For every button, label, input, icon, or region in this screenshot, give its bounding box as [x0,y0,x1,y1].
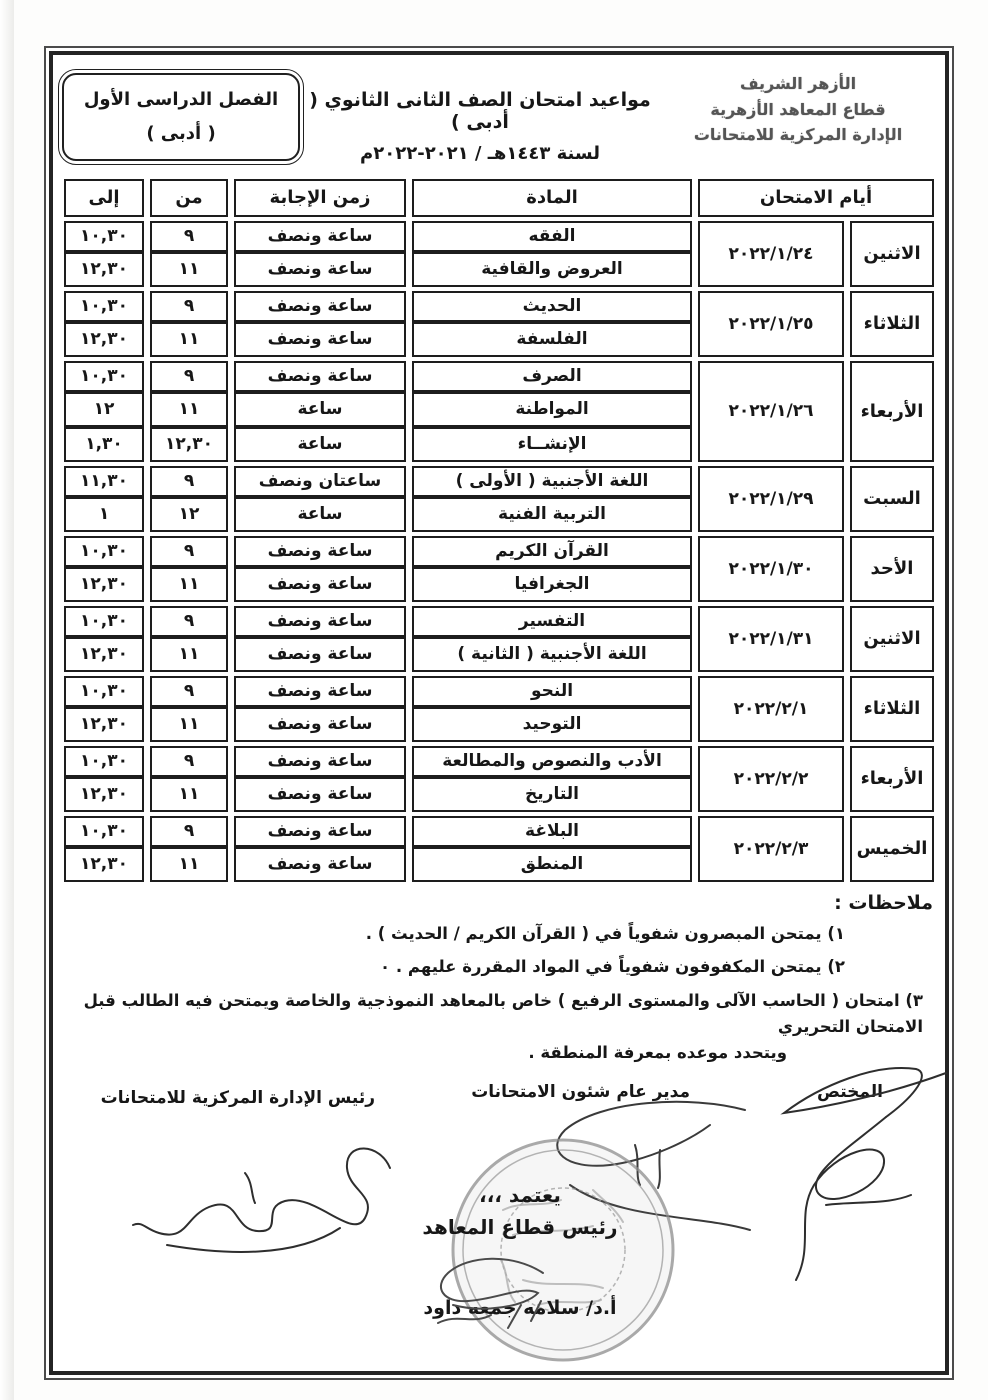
duration-cell: ساعة ونصف [234,816,406,847]
exam-day-cell: الثلاثاء [850,676,934,742]
exam-row: الإنشــاءساعة١٢,٣٠١,٣٠ [61,429,695,464]
subject-column: الحديث [409,289,695,324]
exam-subject-rows: البلاغةساعة ونصف٩١٠,٣٠المنطقساعة ونصف١١١… [61,814,695,884]
to-time-cell: ١٢,٣٠ [64,252,144,287]
to-time-cell: ١٢ [64,392,144,427]
duration-cell: ساعة ونصف [234,567,406,602]
exam-subject-rows: القرآن الكريمساعة ونصف٩١٠,٣٠الجغرافياساع… [61,534,695,604]
exam-row: البلاغةساعة ونصف٩١٠,٣٠ [61,814,695,849]
from-time-cell: ١١ [150,567,228,602]
semester-box: الفصل الدراسى الأول ( أدبى ) [62,73,300,161]
central-admin-head-signature [125,1133,405,1268]
exam-row: اللغة الأجنبية ( الثانية )ساعة ونصف١١١٢,… [61,639,695,674]
to-column: ١٠,٣٠ [61,359,147,394]
duration-cell: ساعة ونصف [234,221,406,252]
to-time-cell: ١٢,٣٠ [64,567,144,602]
exam-day-group: الخميس٢٠٢٢/٢/٣البلاغةساعة ونصف٩١٠,٣٠المن… [61,814,937,884]
to-column: ١٠,٣٠ [61,604,147,639]
to-column: ١٢,٣٠ [61,709,147,744]
exam-date-column: ٢٠٢٢/٢/٣ [695,814,847,884]
exam-row: الأدب والنصوص والمطالعةساعة ونصف٩١٠,٣٠ [61,744,695,779]
exam-date-column: ٢٠٢٢/١/٣١ [695,604,847,674]
to-column: ١٠,٣٠ [61,744,147,779]
duration-column: ساعة ونصف [231,254,409,289]
notes-heading: ملاحظات : [61,892,933,914]
from-time-cell: ١١ [150,847,228,882]
exam-day-group: الأربعاء٢٠٢٢/٢/٢الأدب والنصوص والمطالعةس… [61,744,937,814]
exam-row: الحديثساعة ونصف٩١٠,٣٠ [61,289,695,324]
from-column: ١١ [147,709,231,744]
exam-row: التربية الفنيةساعة١٢١ [61,499,695,534]
from-column: ٩ [147,289,231,324]
duration-cell: ساعة ونصف [234,252,406,287]
subject-column: التفسير [409,604,695,639]
duration-cell: ساعة [234,392,406,427]
to-column: ١٢,٣٠ [61,849,147,884]
exam-day-column: الاثنين [847,219,937,289]
exam-row: التوحيدساعة ونصف١١١٢,٣٠ [61,709,695,744]
to-column: ١٢,٣٠ [61,324,147,359]
to-time-cell: ١٠,٣٠ [64,221,144,252]
exams-director-label: مدير عام شئون الامتحانات [471,1082,690,1102]
exam-day-column: الثلاثاء [847,289,937,359]
exam-date-cell: ٢٠٢٢/٢/١ [698,676,844,742]
from-time-cell: ١١ [150,252,228,287]
to-column: ١٠,٣٠ [61,534,147,569]
document-inner-border: الأزهر الشريف قطاع المعاهد الأزهرية الإد… [49,51,949,1375]
to-time-cell: ١٠,٣٠ [64,816,144,847]
from-column: ١١ [147,324,231,359]
note-3-line-1: ٣) امتحان ( الحاسب الآلى والمستوى الرفيع… [61,988,923,1041]
table-header-row: أيام الامتحان المادة زمن الإجابة من إلى [61,177,937,219]
header-from: من [150,179,228,217]
org-line-3: الإدارة المركزية للامتحانات [659,122,937,148]
header-to: إلى [64,179,144,217]
document-outer-border: الأزهر الشريف قطاع المعاهد الأزهرية الإد… [44,46,954,1380]
exam-row: اللغة الأجنبية ( الأولى )ساعتان ونصف٩١١,… [61,464,695,499]
subject-cell: النحو [412,676,692,707]
header-duration: زمن الإجابة [234,179,406,217]
duration-column: ساعة ونصف [231,604,409,639]
subject-column: النحو [409,674,695,709]
duration-cell: ساعة ونصف [234,606,406,637]
from-time-cell: ٩ [150,221,228,252]
subject-cell: اللغة الأجنبية ( الأولى ) [412,466,692,497]
duration-column: ساعة ونصف [231,849,409,884]
exam-subject-rows: اللغة الأجنبية ( الأولى )ساعتان ونصف٩١١,… [61,464,695,534]
to-time-cell: ١٠,٣٠ [64,746,144,777]
exam-date-column: ٢٠٢٢/١/٢٦ [695,359,847,464]
duration-column: ساعة ونصف [231,289,409,324]
duration-cell: ساعة ونصف [234,676,406,707]
central-admin-head-label: رئيس الإدارة المركزية للامتحانات [101,1088,375,1108]
subject-column: العروض والقافية [409,254,695,289]
subject-column: الفقه [409,219,695,254]
subject-column: الأدب والنصوص والمطالعة [409,744,695,779]
to-column: ١٠,٣٠ [61,289,147,324]
duration-cell: ساعتان ونصف [234,466,406,497]
from-column: ٩ [147,359,231,394]
exam-day-group: الاثنين٢٠٢٢/١/٢٤الفقهساعة ونصف٩١٠,٣٠العر… [61,219,937,289]
duration-column: ساعة [231,499,409,534]
to-time-cell: ١٢,٣٠ [64,637,144,672]
duration-column: ساعة ونصف [231,219,409,254]
subject-column: المواطنة [409,394,695,429]
exam-date-cell: ٢٠٢٢/١/٢٦ [698,361,844,462]
exam-table-body: الاثنين٢٠٢٢/١/٢٤الفقهساعة ونصف٩١٠,٣٠العر… [61,219,937,884]
title-line-1: مواعيد امتحان الصف الثانى الثانوي ( أدبى… [301,89,659,133]
to-column: ١٠,٣٠ [61,814,147,849]
exam-day-column: الاثنين [847,604,937,674]
exam-row: التفسيرساعة ونصف٩١٠,٣٠ [61,604,695,639]
duration-column: ساعة ونصف [231,569,409,604]
exam-day-cell: الأربعاء [850,746,934,812]
duration-column: ساعة ونصف [231,324,409,359]
exam-row: الصرفساعة ونصف٩١٠,٣٠ [61,359,695,394]
exam-row: الجغرافياساعة ونصف١١١٢,٣٠ [61,569,695,604]
notes-section: ملاحظات : ١) يمتحن المبصرون شفوياً في ( … [61,892,937,1062]
exam-date-column: ٢٠٢٢/١/٢٩ [695,464,847,534]
to-time-cell: ١٠,٣٠ [64,676,144,707]
subject-column: اللغة الأجنبية ( الأولى ) [409,464,695,499]
from-column: ٩ [147,534,231,569]
exam-day-column: الأربعاء [847,359,937,464]
exam-day-cell: الأربعاء [850,361,934,462]
subject-column: التاريخ [409,779,695,814]
subject-cell: المواطنة [412,392,692,427]
subject-cell: المنطق [412,847,692,882]
exam-date-column: ٢٠٢٢/٢/١ [695,674,847,744]
exam-subject-rows: الصرفساعة ونصف٩١٠,٣٠المواطنةساعة١١١٢الإن… [61,359,695,464]
duration-cell: ساعة [234,497,406,532]
subject-cell: القرآن الكريم [412,536,692,567]
exam-day-column: السبت [847,464,937,534]
specialist-label: المختص [817,1082,883,1102]
from-column: ٩ [147,674,231,709]
from-column: ٩ [147,464,231,499]
duration-column: ساعة ونصف [231,709,409,744]
subject-cell: التربية الفنية [412,497,692,532]
subject-cell: الصرف [412,361,692,392]
subject-column: اللغة الأجنبية ( الثانية ) [409,639,695,674]
duration-cell: ساعة ونصف [234,291,406,322]
sector-head-signature [413,1243,563,1343]
subject-column: المنطق [409,849,695,884]
to-time-cell: ١٢,٣٠ [64,777,144,812]
exam-row: المنطقساعة ونصف١١١٢,٣٠ [61,849,695,884]
duration-cell: ساعة ونصف [234,322,406,357]
org-line-2: قطاع المعاهد الأزهرية [659,97,937,123]
document-header: الأزهر الشريف قطاع المعاهد الأزهرية الإد… [61,61,937,173]
from-column: ١١ [147,639,231,674]
subject-column: التوحيد [409,709,695,744]
exam-date-cell: ٢٠٢٢/١/٣١ [698,606,844,672]
subject-cell: الفلسفة [412,322,692,357]
exam-row: القرآن الكريمساعة ونصف٩١٠,٣٠ [61,534,695,569]
duration-column: ساعة [231,394,409,429]
exam-row: المواطنةساعة١١١٢ [61,394,695,429]
header-exam-days: أيام الامتحان [698,179,934,217]
duration-cell: ساعة ونصف [234,707,406,742]
scan-edge-shadow [0,0,14,1400]
from-column: ١١ [147,569,231,604]
exam-subject-rows: النحوساعة ونصف٩١٠,٣٠التوحيدساعة ونصف١١١٢… [61,674,695,744]
to-column: ١٢,٣٠ [61,639,147,674]
duration-cell: ساعة ونصف [234,637,406,672]
from-time-cell: ١١ [150,777,228,812]
to-time-cell: ١ [64,497,144,532]
to-column: ١٠,٣٠ [61,674,147,709]
exam-day-column: الثلاثاء [847,674,937,744]
duration-cell: ساعة ونصف [234,361,406,392]
exam-day-column: الأربعاء [847,744,937,814]
from-time-cell: ٩ [150,676,228,707]
to-time-cell: ١٢,٣٠ [64,847,144,882]
from-column: ١٢,٣٠ [147,429,231,464]
to-column: ١٢,٣٠ [61,254,147,289]
subject-column: البلاغة [409,814,695,849]
subject-cell: التفسير [412,606,692,637]
subject-cell: البلاغة [412,816,692,847]
to-column: ١٢,٣٠ [61,569,147,604]
from-time-cell: ٩ [150,291,228,322]
exam-row: النحوساعة ونصف٩١٠,٣٠ [61,674,695,709]
exam-subject-rows: الحديثساعة ونصف٩١٠,٣٠الفلسفةساعة ونصف١١١… [61,289,695,359]
subject-cell: التاريخ [412,777,692,812]
subject-cell: اللغة الأجنبية ( الثانية ) [412,637,692,672]
from-time-cell: ٩ [150,746,228,777]
exam-date-column: ٢٠٢٢/١/٣٠ [695,534,847,604]
exam-day-cell: الاثنين [850,221,934,287]
exam-day-group: الثلاثاء٢٠٢٢/٢/١النحوساعة ونصف٩١٠,٣٠التو… [61,674,937,744]
header-subject: المادة [412,179,692,217]
duration-column: ساعة ونصف [231,674,409,709]
exam-day-cell: الأحد [850,536,934,602]
semester-box-area: الفصل الدراسى الأول ( أدبى ) [61,61,301,173]
exam-day-cell: الخميس [850,816,934,882]
exam-date-cell: ٢٠٢٢/١/٣٠ [698,536,844,602]
exam-day-cell: الاثنين [850,606,934,672]
from-column: ١١ [147,779,231,814]
subject-column: الإنشــاء [409,429,695,464]
to-time-cell: ١١,٣٠ [64,466,144,497]
duration-column: ساعة ونصف [231,744,409,779]
duration-column: ساعة ونصف [231,534,409,569]
from-column: ١١ [147,254,231,289]
from-column: ١٢ [147,499,231,534]
from-column: ١١ [147,849,231,884]
exam-date-cell: ٢٠٢٢/٢/٣ [698,816,844,882]
subject-cell: الفقه [412,221,692,252]
to-column: ١,٣٠ [61,429,147,464]
exam-day-group: الثلاثاء٢٠٢٢/١/٢٥الحديثساعة ونصف٩١٠,٣٠ال… [61,289,937,359]
from-time-cell: ١١ [150,322,228,357]
exam-date-column: ٢٠٢٢/١/٢٥ [695,289,847,359]
exam-subject-rows: الفقهساعة ونصف٩١٠,٣٠العروض والقافيةساعة … [61,219,695,289]
exam-row: العروض والقافيةساعة ونصف١١١٢,٣٠ [61,254,695,289]
subject-cell: الحديث [412,291,692,322]
from-time-cell: ١١ [150,707,228,742]
from-time-cell: ٩ [150,361,228,392]
from-time-cell: ١٢ [150,497,228,532]
duration-column: ساعة ونصف [231,779,409,814]
exam-day-group: الاثنين٢٠٢٢/١/٣١التفسيرساعة ونصف٩١٠,٣٠ال… [61,604,937,674]
from-time-cell: ٩ [150,816,228,847]
exam-row: الفلسفةساعة ونصف١١١٢,٣٠ [61,324,695,359]
exam-subject-rows: الأدب والنصوص والمطالعةساعة ونصف٩١٠,٣٠ال… [61,744,695,814]
exam-date-cell: ٢٠٢٢/١/٢٩ [698,466,844,532]
note-3-line-2: ويتحدد موعده بمعرفة المنطقة . [61,1043,787,1062]
exam-row: الفقهساعة ونصف٩١٠,٣٠ [61,219,695,254]
from-time-cell: ٩ [150,606,228,637]
from-time-cell: ٩ [150,466,228,497]
exam-date-cell: ٢٠٢٢/٢/٢ [698,746,844,812]
to-time-cell: ١٢,٣٠ [64,322,144,357]
to-time-cell: ١٢,٣٠ [64,707,144,742]
from-time-cell: ٩ [150,536,228,567]
approval-title: رئيس قطاع المعاهد [390,1215,650,1239]
to-time-cell: ١٠,٣٠ [64,536,144,567]
exam-day-group: السبت٢٠٢٢/١/٢٩اللغة الأجنبية ( الأولى )س… [61,464,937,534]
from-time-cell: ١١ [150,637,228,672]
subject-cell: الإنشــاء [412,427,692,462]
to-column: ١٢,٣٠ [61,779,147,814]
semester-line-1: الفصل الدراسى الأول [84,83,278,117]
to-time-cell: ١,٣٠ [64,427,144,462]
duration-cell: ساعة [234,427,406,462]
duration-cell: ساعة ونصف [234,536,406,567]
exam-date-cell: ٢٠٢٢/١/٢٤ [698,221,844,287]
from-time-cell: ١١ [150,392,228,427]
duration-cell: ساعة ونصف [234,746,406,777]
exam-date-cell: ٢٠٢٢/١/٢٥ [698,291,844,357]
duration-cell: ساعة ونصف [234,777,406,812]
note-1: ١) يمتحن المبصرون شفوياً في ( القرآن الك… [61,921,845,947]
exam-schedule-table: أيام الامتحان المادة زمن الإجابة من إلى … [61,177,937,884]
exam-date-column: ٢٠٢٢/١/٢٤ [695,219,847,289]
exam-date-column: ٢٠٢٢/٢/٢ [695,744,847,814]
subject-column: الفلسفة [409,324,695,359]
duration-column: ساعة ونصف [231,814,409,849]
subject-column: التربية الفنية [409,499,695,534]
exam-day-column: الخميس [847,814,937,884]
subject-column: الجغرافيا [409,569,695,604]
duration-cell: ساعة ونصف [234,847,406,882]
exam-row: التاريخساعة ونصف١١١٢,٣٠ [61,779,695,814]
org-line-1: الأزهر الشريف [659,71,937,97]
from-time-cell: ١٢,٣٠ [150,427,228,462]
subject-column: القرآن الكريم [409,534,695,569]
exam-subject-rows: التفسيرساعة ونصف٩١٠,٣٠اللغة الأجنبية ( ا… [61,604,695,674]
subject-cell: الجغرافيا [412,567,692,602]
duration-column: ساعة ونصف [231,639,409,674]
semester-line-2: ( أدبى ) [84,117,278,151]
to-column: ١٠,٣٠ [61,219,147,254]
from-column: ١١ [147,394,231,429]
to-time-cell: ١٠,٣٠ [64,291,144,322]
organization-name: الأزهر الشريف قطاع المعاهد الأزهرية الإد… [659,61,937,173]
subject-column: الصرف [409,359,695,394]
to-time-cell: ١٠,٣٠ [64,361,144,392]
exam-day-cell: الثلاثاء [850,291,934,357]
exam-day-column: الأحد [847,534,937,604]
duration-column: ساعتان ونصف [231,464,409,499]
from-column: ٩ [147,814,231,849]
from-column: ٩ [147,744,231,779]
duration-column: ساعة ونصف [231,359,409,394]
to-column: ١ [61,499,147,534]
exam-day-group: الأحد٢٠٢٢/١/٣٠القرآن الكريمساعة ونصف٩١٠,… [61,534,937,604]
note-2: ٢) يمتحن المكفوفون شفوياً في المواد المق… [61,954,845,980]
subject-cell: الأدب والنصوص والمطالعة [412,746,692,777]
to-time-cell: ١٠,٣٠ [64,606,144,637]
document-title: مواعيد امتحان الصف الثانى الثانوي ( أدبى… [301,61,659,173]
title-line-2: لسنة ١٤٤٣هـ / ٢٠٢١-٢٠٢٢م [301,143,659,164]
exam-day-group: الأربعاء٢٠٢٢/١/٢٦الصرفساعة ونصف٩١٠,٣٠الم… [61,359,937,464]
from-column: ٩ [147,604,231,639]
approval-word: يعتمد ،،، [390,1183,650,1207]
to-column: ١١,٣٠ [61,464,147,499]
subject-cell: التوحيد [412,707,692,742]
subject-cell: العروض والقافية [412,252,692,287]
from-column: ٩ [147,219,231,254]
duration-column: ساعة [231,429,409,464]
exam-day-cell: السبت [850,466,934,532]
to-column: ١٢ [61,394,147,429]
